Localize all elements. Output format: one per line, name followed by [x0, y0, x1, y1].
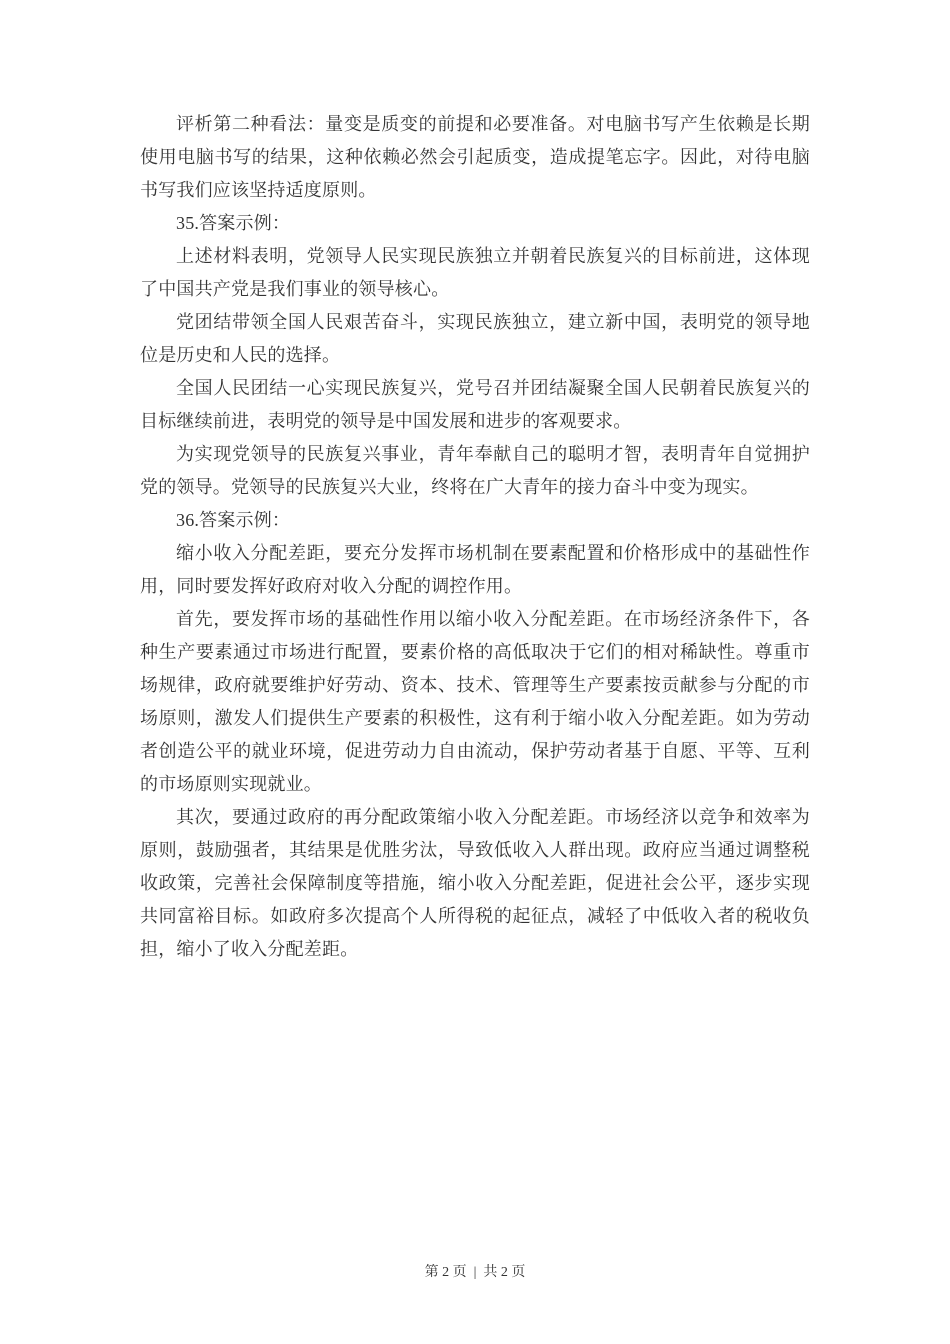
- footer-separator: |: [474, 1262, 477, 1284]
- footer-current-page: 第 2 页: [425, 1265, 467, 1280]
- answer-heading-q35: 35.答案示例：: [140, 207, 810, 240]
- document-page: 评析第二种看法：量变是质变的前提和必要准备。对电脑书写产生依赖是长期使用电脑书写…: [0, 0, 950, 1344]
- answer-paragraph-q36-2: 首先，要发挥市场的基础性作用以缩小收入分配差距。在市场经济条件下，各种生产要素通…: [140, 603, 810, 801]
- answer-text-block: 评析第二种看法：量变是质变的前提和必要准备。对电脑书写产生依赖是长期使用电脑书写…: [140, 108, 810, 966]
- answer-paragraph-q34-critique: 评析第二种看法：量变是质变的前提和必要准备。对电脑书写产生依赖是长期使用电脑书写…: [140, 108, 810, 207]
- answer-paragraph-q36-3: 其次，要通过政府的再分配政策缩小收入分配差距。市场经济以竞争和效率为原则，鼓励强…: [140, 801, 810, 966]
- answer-paragraph-q35-4: 为实现党领导的民族复兴事业，青年奉献自己的聪明才智，表明青年自觉拥护党的领导。党…: [140, 438, 810, 504]
- answer-paragraph-q35-2: 党团结带领全国人民艰苦奋斗，实现民族独立，建立新中国，表明党的领导地位是历史和人…: [140, 306, 810, 372]
- answer-paragraph-q35-3: 全国人民团结一心实现民族复兴，党号召并团结凝聚全国人民朝着民族复兴的目标继续前进…: [140, 372, 810, 438]
- page-footer: 第 2 页|共 2 页: [0, 1262, 950, 1284]
- answer-paragraph-q35-1: 上述材料表明，党领导人民实现民族独立并朝着民族复兴的目标前进，这体现了中国共产党…: [140, 240, 810, 306]
- answer-paragraph-q36-1: 缩小收入分配差距，要充分发挥市场机制在要素配置和价格形成中的基础性作用，同时要发…: [140, 537, 810, 603]
- answer-heading-q36: 36.答案示例：: [140, 504, 810, 537]
- footer-total-pages: 共 2 页: [483, 1265, 525, 1280]
